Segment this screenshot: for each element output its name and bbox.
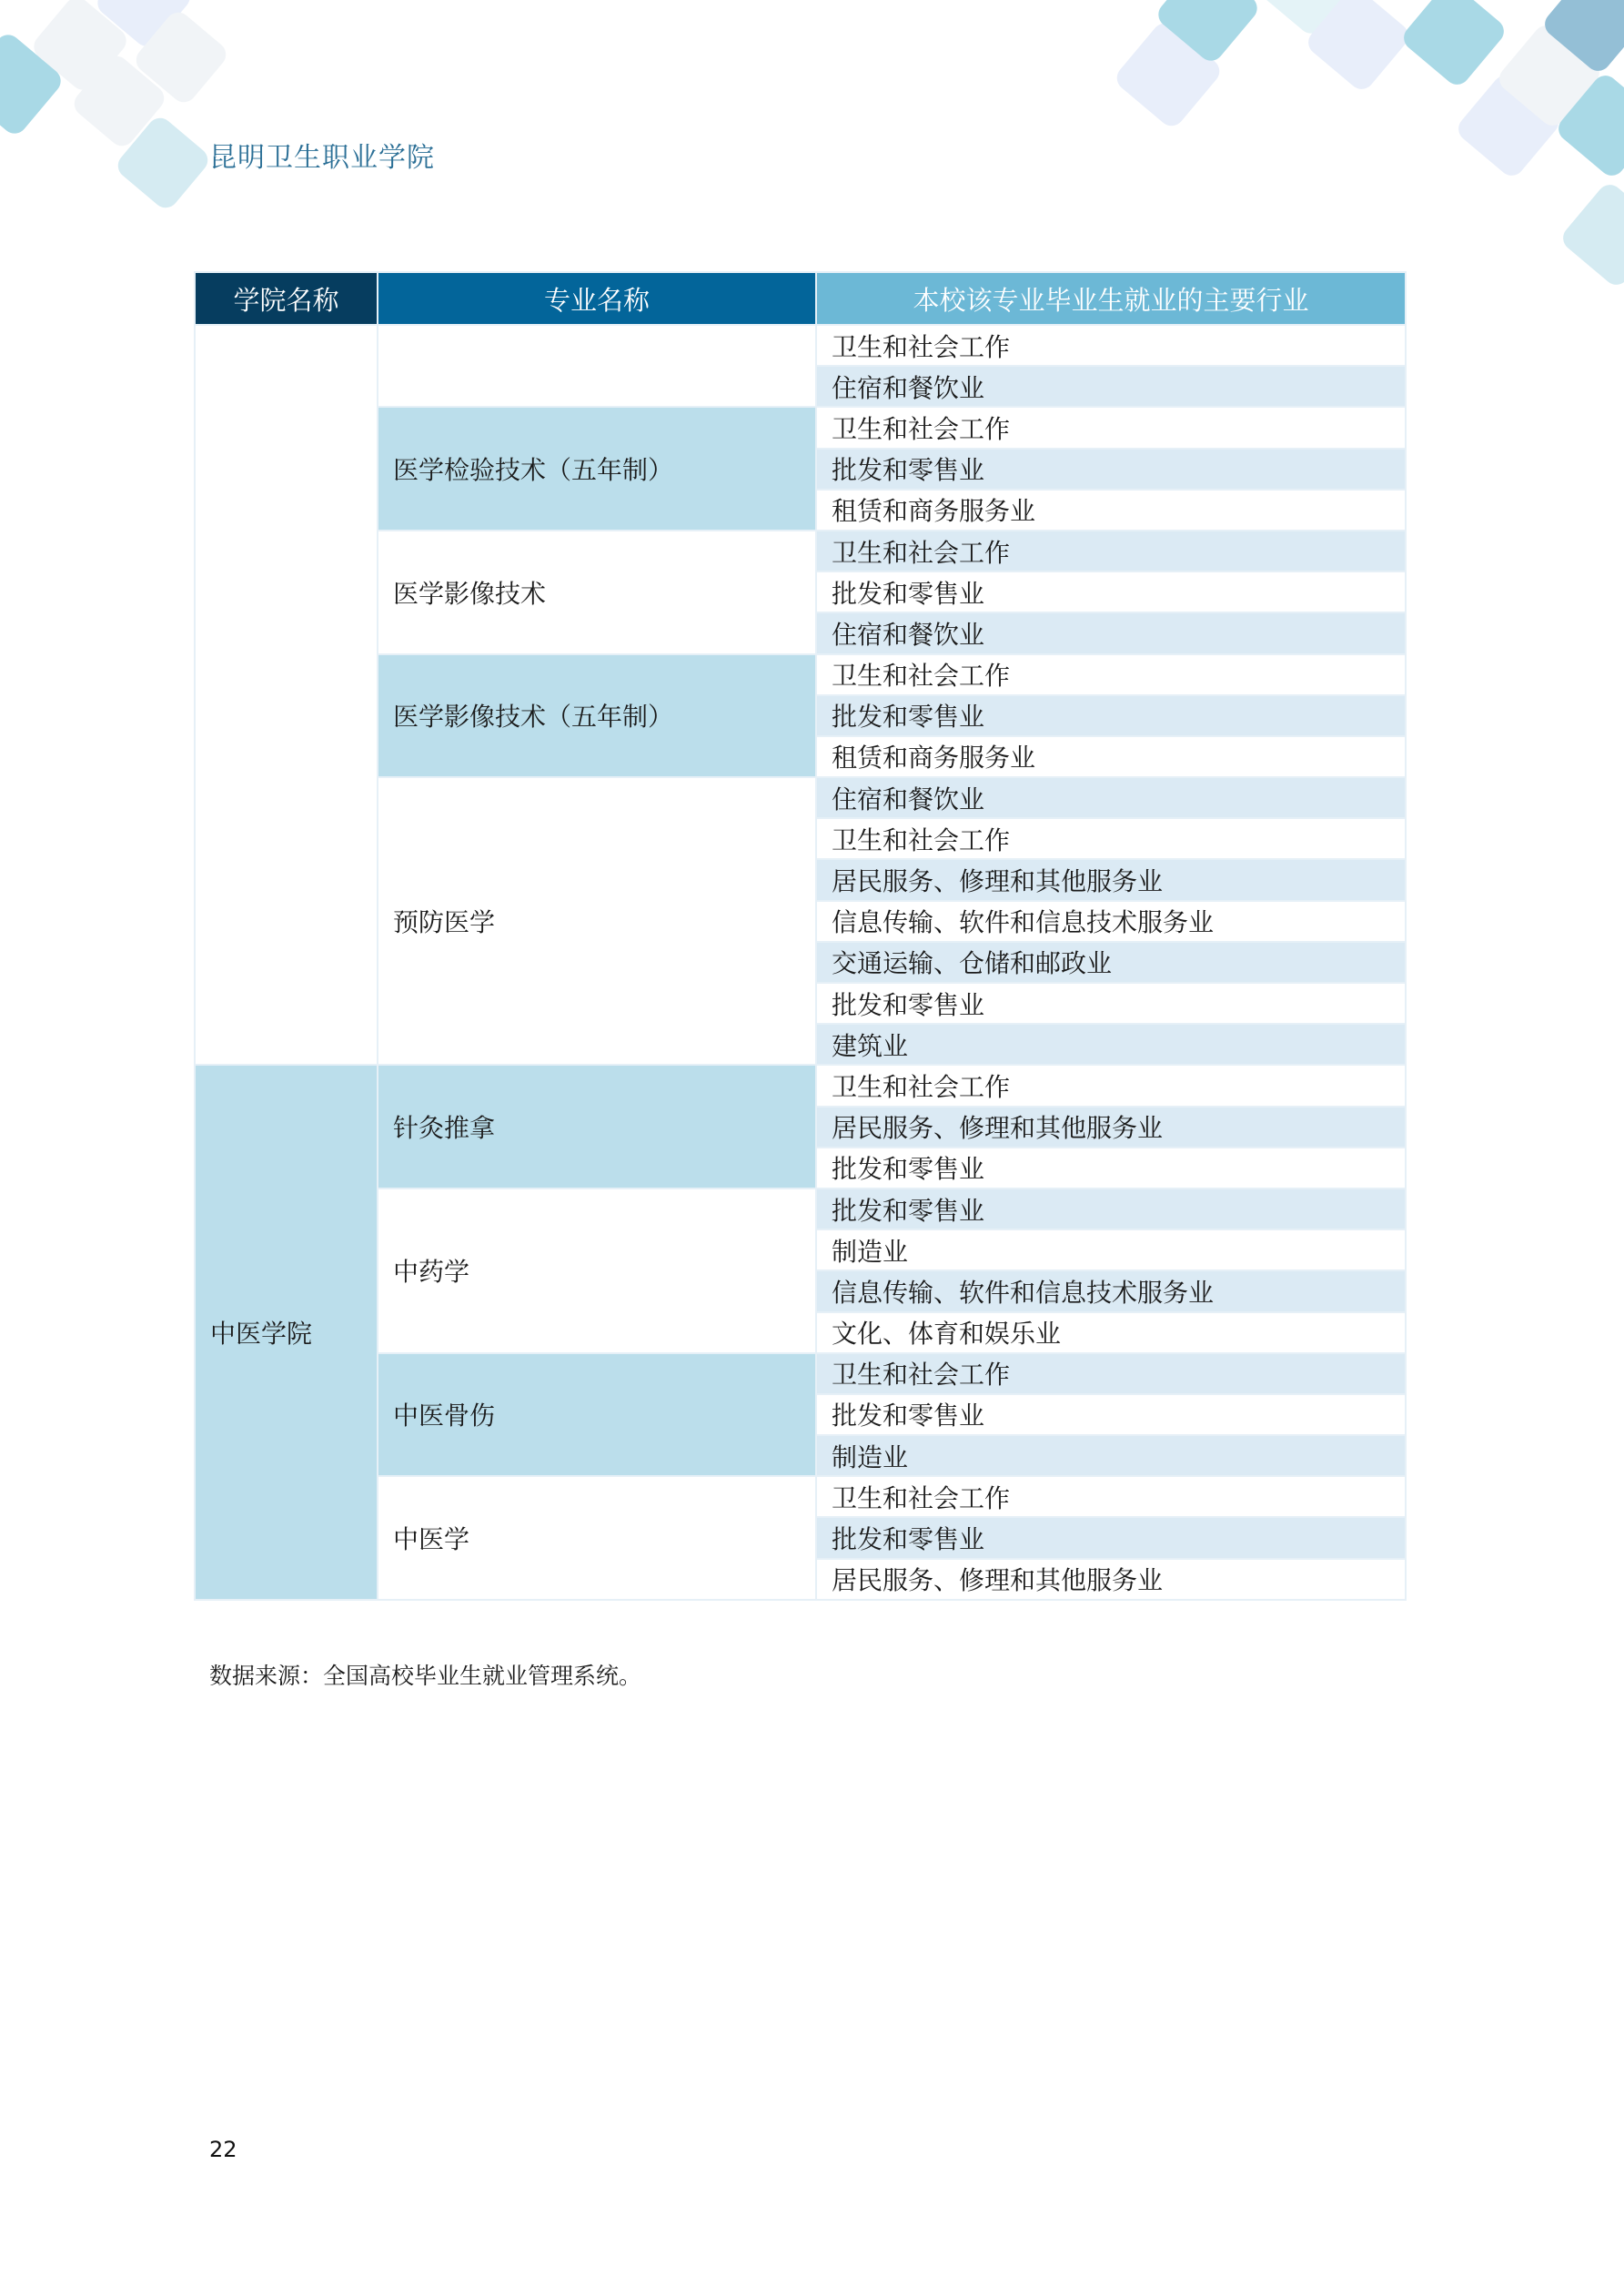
industry-cell: 信息传输、软件和信息技术服务业	[816, 1270, 1406, 1311]
industry-cell: 批发和零售业	[816, 1394, 1406, 1435]
industry-cell: 批发和零售业	[816, 571, 1406, 612]
industry-cell: 卫生和社会工作	[816, 1353, 1406, 1394]
column-header-industry: 本校该专业毕业生就业的主要行业	[816, 272, 1406, 325]
industry-cell: 居民服务、修理和其他服务业	[816, 1559, 1406, 1600]
industry-cell: 批发和零售业	[816, 983, 1406, 1024]
school-name: 昆明卫生职业学院	[209, 135, 435, 175]
college-cell	[195, 325, 378, 1065]
page-number: 22	[209, 2137, 237, 2162]
major-cell: 针灸推拿	[378, 1065, 816, 1188]
major-cell: 中医学	[378, 1476, 816, 1600]
industry-cell: 居民服务、修理和其他服务业	[816, 1107, 1406, 1148]
industry-cell: 批发和零售业	[816, 1188, 1406, 1229]
industry-cell: 卫生和社会工作	[816, 531, 1406, 571]
major-cell: 中医骨伤	[378, 1353, 816, 1477]
industry-cell: 卫生和社会工作	[816, 818, 1406, 859]
industry-cell: 卫生和社会工作	[816, 1065, 1406, 1106]
industry-cell: 住宿和餐饮业	[816, 612, 1406, 653]
table-header-row: 学院名称 专业名称 本校该专业毕业生就业的主要行业	[195, 272, 1406, 325]
table-row: 中医学院 针灸推拿 卫生和社会工作	[195, 1065, 1406, 1106]
major-cell: 医学检验技术（五年制）	[378, 407, 816, 531]
data-source-note: 数据来源：全国高校毕业生就业管理系统。	[209, 1658, 641, 1691]
industry-cell: 批发和零售业	[816, 1148, 1406, 1188]
column-header-college: 学院名称	[195, 272, 378, 325]
industry-cell: 信息传输、软件和信息技术服务业	[816, 901, 1406, 942]
major-cell: 中药学	[378, 1188, 816, 1353]
industry-cell: 住宿和餐饮业	[816, 777, 1406, 818]
industry-cell: 租赁和商务服务业	[816, 736, 1406, 777]
industry-cell: 制造业	[816, 1435, 1406, 1476]
industry-cell: 租赁和商务服务业	[816, 490, 1406, 531]
industry-cell: 住宿和餐饮业	[816, 366, 1406, 407]
industry-cell: 建筑业	[816, 1024, 1406, 1065]
major-cell: 医学影像技术	[378, 531, 816, 654]
table-row: 卫生和社会工作	[195, 325, 1406, 366]
major-cell: 预防医学	[378, 777, 816, 1065]
major-cell	[378, 325, 816, 407]
industry-cell: 批发和零售业	[816, 1517, 1406, 1558]
industry-cell: 卫生和社会工作	[816, 325, 1406, 366]
industry-cell: 制造业	[816, 1229, 1406, 1270]
industry-cell: 卫生和社会工作	[816, 1476, 1406, 1517]
industry-cell: 卫生和社会工作	[816, 654, 1406, 695]
industry-cell: 批发和零售业	[816, 449, 1406, 490]
industry-cell: 卫生和社会工作	[816, 407, 1406, 448]
major-cell: 医学影像技术（五年制）	[378, 654, 816, 778]
industry-cell: 文化、体育和娱乐业	[816, 1312, 1406, 1353]
industry-cell: 居民服务、修理和其他服务业	[816, 859, 1406, 900]
employment-industry-table: 学院名称 专业名称 本校该专业毕业生就业的主要行业 卫生和社会工作 住宿和餐饮业…	[194, 271, 1407, 1601]
industry-cell: 交通运输、仓储和邮政业	[816, 942, 1406, 983]
column-header-major: 专业名称	[378, 272, 816, 325]
industry-cell: 批发和零售业	[816, 695, 1406, 736]
college-cell: 中医学院	[195, 1065, 378, 1599]
